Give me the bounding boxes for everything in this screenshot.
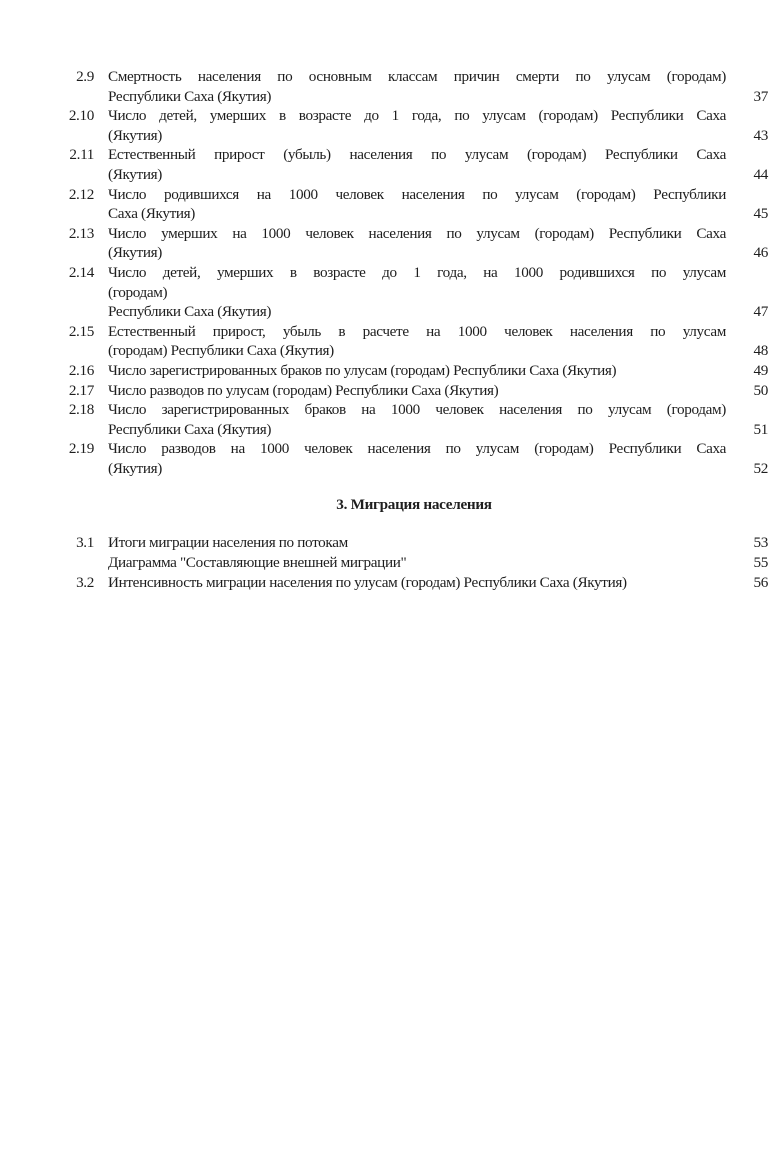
entry-title: Число разводов на 1000 человек населения… [108, 439, 726, 478]
page-number: 47 [754, 302, 769, 322]
entry-number: 3.1 [0, 533, 94, 553]
page-number: 55 [754, 553, 769, 573]
entry-title-line: Число зарегистрированных браков по улуса… [108, 361, 726, 381]
entry-title-line: Число зарегистрированных браков на 1000 … [108, 400, 726, 420]
entry-title-line: (городам) [108, 283, 726, 303]
entry-title: Интенсивность миграции населения по улус… [108, 573, 726, 593]
entry-title-line: Интенсивность миграции населения по улус… [108, 573, 726, 593]
toc-entry[interactable]: 2.19Число разводов на 1000 человек насел… [0, 439, 778, 478]
entry-title-line: Республики Саха (Якутия) [108, 420, 726, 440]
entry-title-line: (Якутия) [108, 126, 726, 146]
entry-number: 2.17 [0, 381, 94, 401]
entry-title-line: Саха (Якутия) [108, 204, 726, 224]
entry-number: 2.15 [0, 322, 94, 342]
entry-title: Число детей, умерших в возрасте до 1 год… [108, 263, 726, 322]
entry-number: 2.9 [0, 67, 94, 87]
toc-entry[interactable]: 3.1Итоги миграции населения по потокам53 [0, 533, 778, 553]
entry-title: Число умерших на 1000 человек населения … [108, 224, 726, 263]
entry-title-line: Число умерших на 1000 человек населения … [108, 224, 726, 244]
toc-entry[interactable]: 2.14Число детей, умерших в возрасте до 1… [0, 263, 778, 322]
entry-title-line: Число родившихся на 1000 человек населен… [108, 185, 726, 205]
toc-entry[interactable]: 2.17Число разводов по улусам (городам) Р… [0, 381, 778, 401]
entry-title-line: Число разводов на 1000 человек населения… [108, 439, 726, 459]
entry-number: 2.12 [0, 185, 94, 205]
entry-title: Число зарегистрированных браков по улуса… [108, 361, 726, 381]
entry-title: Число родившихся на 1000 человек населен… [108, 185, 726, 224]
entry-title-line: Число детей, умерших в возрасте до 1 год… [108, 263, 726, 283]
page-number: 46 [754, 243, 769, 263]
entry-number: 2.13 [0, 224, 94, 244]
entry-title: Итоги миграции населения по потокам [108, 533, 726, 553]
entry-title: Число детей, умерших в возрасте до 1 год… [108, 106, 726, 145]
entry-number: 2.18 [0, 400, 94, 420]
entry-title-line: (Якутия) [108, 165, 726, 185]
entry-title: Число зарегистрированных браков на 1000 … [108, 400, 726, 439]
toc-entry[interactable]: 2.16Число зарегистрированных браков по у… [0, 361, 778, 381]
page-number: 49 [754, 361, 769, 381]
toc-entry[interactable]: 2.12Число родившихся на 1000 человек нас… [0, 185, 778, 224]
entry-title: Число разводов по улусам (городам) Респу… [108, 381, 726, 401]
entry-number: 2.10 [0, 106, 94, 126]
section-heading: 3. Миграция населения [0, 495, 778, 515]
entry-number: 3.2 [0, 573, 94, 593]
entry-title-line: Республики Саха (Якутия) [108, 87, 726, 107]
entry-title-line: (Якутия) [108, 243, 726, 263]
entry-number: 2.16 [0, 361, 94, 381]
entry-title-line: Естественный прирост, убыль в расчете на… [108, 322, 726, 342]
toc-entry[interactable]: 2.15Естественный прирост, убыль в расчет… [0, 322, 778, 361]
entry-title: Естественный прирост, убыль в расчете на… [108, 322, 726, 361]
table-of-contents: 2.9Смертность населения по основным клас… [0, 67, 778, 592]
entry-number: 2.11 [0, 145, 94, 165]
entry-title: Смертность населения по основным классам… [108, 67, 726, 106]
entry-title-line: Итоги миграции населения по потокам [108, 533, 726, 553]
page-number: 45 [754, 204, 769, 224]
page-number: 48 [754, 341, 769, 361]
entry-number: 2.14 [0, 263, 94, 283]
entry-title: Естественный прирост (убыль) населения п… [108, 145, 726, 184]
entry-title-line: Смертность населения по основным классам… [108, 67, 726, 87]
page-number: 44 [754, 165, 769, 185]
page-number: 43 [754, 126, 769, 146]
section-2-entries: 2.9Смертность населения по основным клас… [0, 67, 778, 478]
entry-title-line: (городам) Республики Саха (Якутия) [108, 341, 726, 361]
toc-entry[interactable]: 2.10Число детей, умерших в возрасте до 1… [0, 106, 778, 145]
toc-entry[interactable]: 2.18Число зарегистрированных браков на 1… [0, 400, 778, 439]
toc-entry[interactable]: 3.2Интенсивность миграции населения по у… [0, 573, 778, 593]
toc-entry[interactable]: 2.9Смертность населения по основным клас… [0, 67, 778, 106]
entry-title-line: Естественный прирост (убыль) населения п… [108, 145, 726, 165]
entry-title: Диаграмма "Составляющие внешней миграции… [108, 553, 726, 573]
entry-number: 2.19 [0, 439, 94, 459]
page-number: 37 [754, 87, 769, 107]
toc-entry[interactable]: 2.11Естественный прирост (убыль) населен… [0, 145, 778, 184]
page-number: 50 [754, 381, 769, 401]
entry-title-line: Диаграмма "Составляющие внешней миграции… [108, 553, 726, 573]
toc-entry[interactable]: Диаграмма "Составляющие внешней миграции… [0, 553, 778, 573]
entry-title-line: Число детей, умерших в возрасте до 1 год… [108, 106, 726, 126]
entry-title-line: (Якутия) [108, 459, 726, 479]
page-number: 53 [754, 533, 769, 553]
toc-entry[interactable]: 2.13Число умерших на 1000 человек населе… [0, 224, 778, 263]
entry-title-line: Республики Саха (Якутия) [108, 302, 726, 322]
page-number: 51 [754, 420, 769, 440]
section-3-entries: 3.1Итоги миграции населения по потокам53… [0, 533, 778, 592]
page-number: 52 [754, 459, 769, 479]
entry-title-line: Число разводов по улусам (городам) Респу… [108, 381, 726, 401]
page-number: 56 [754, 573, 769, 593]
